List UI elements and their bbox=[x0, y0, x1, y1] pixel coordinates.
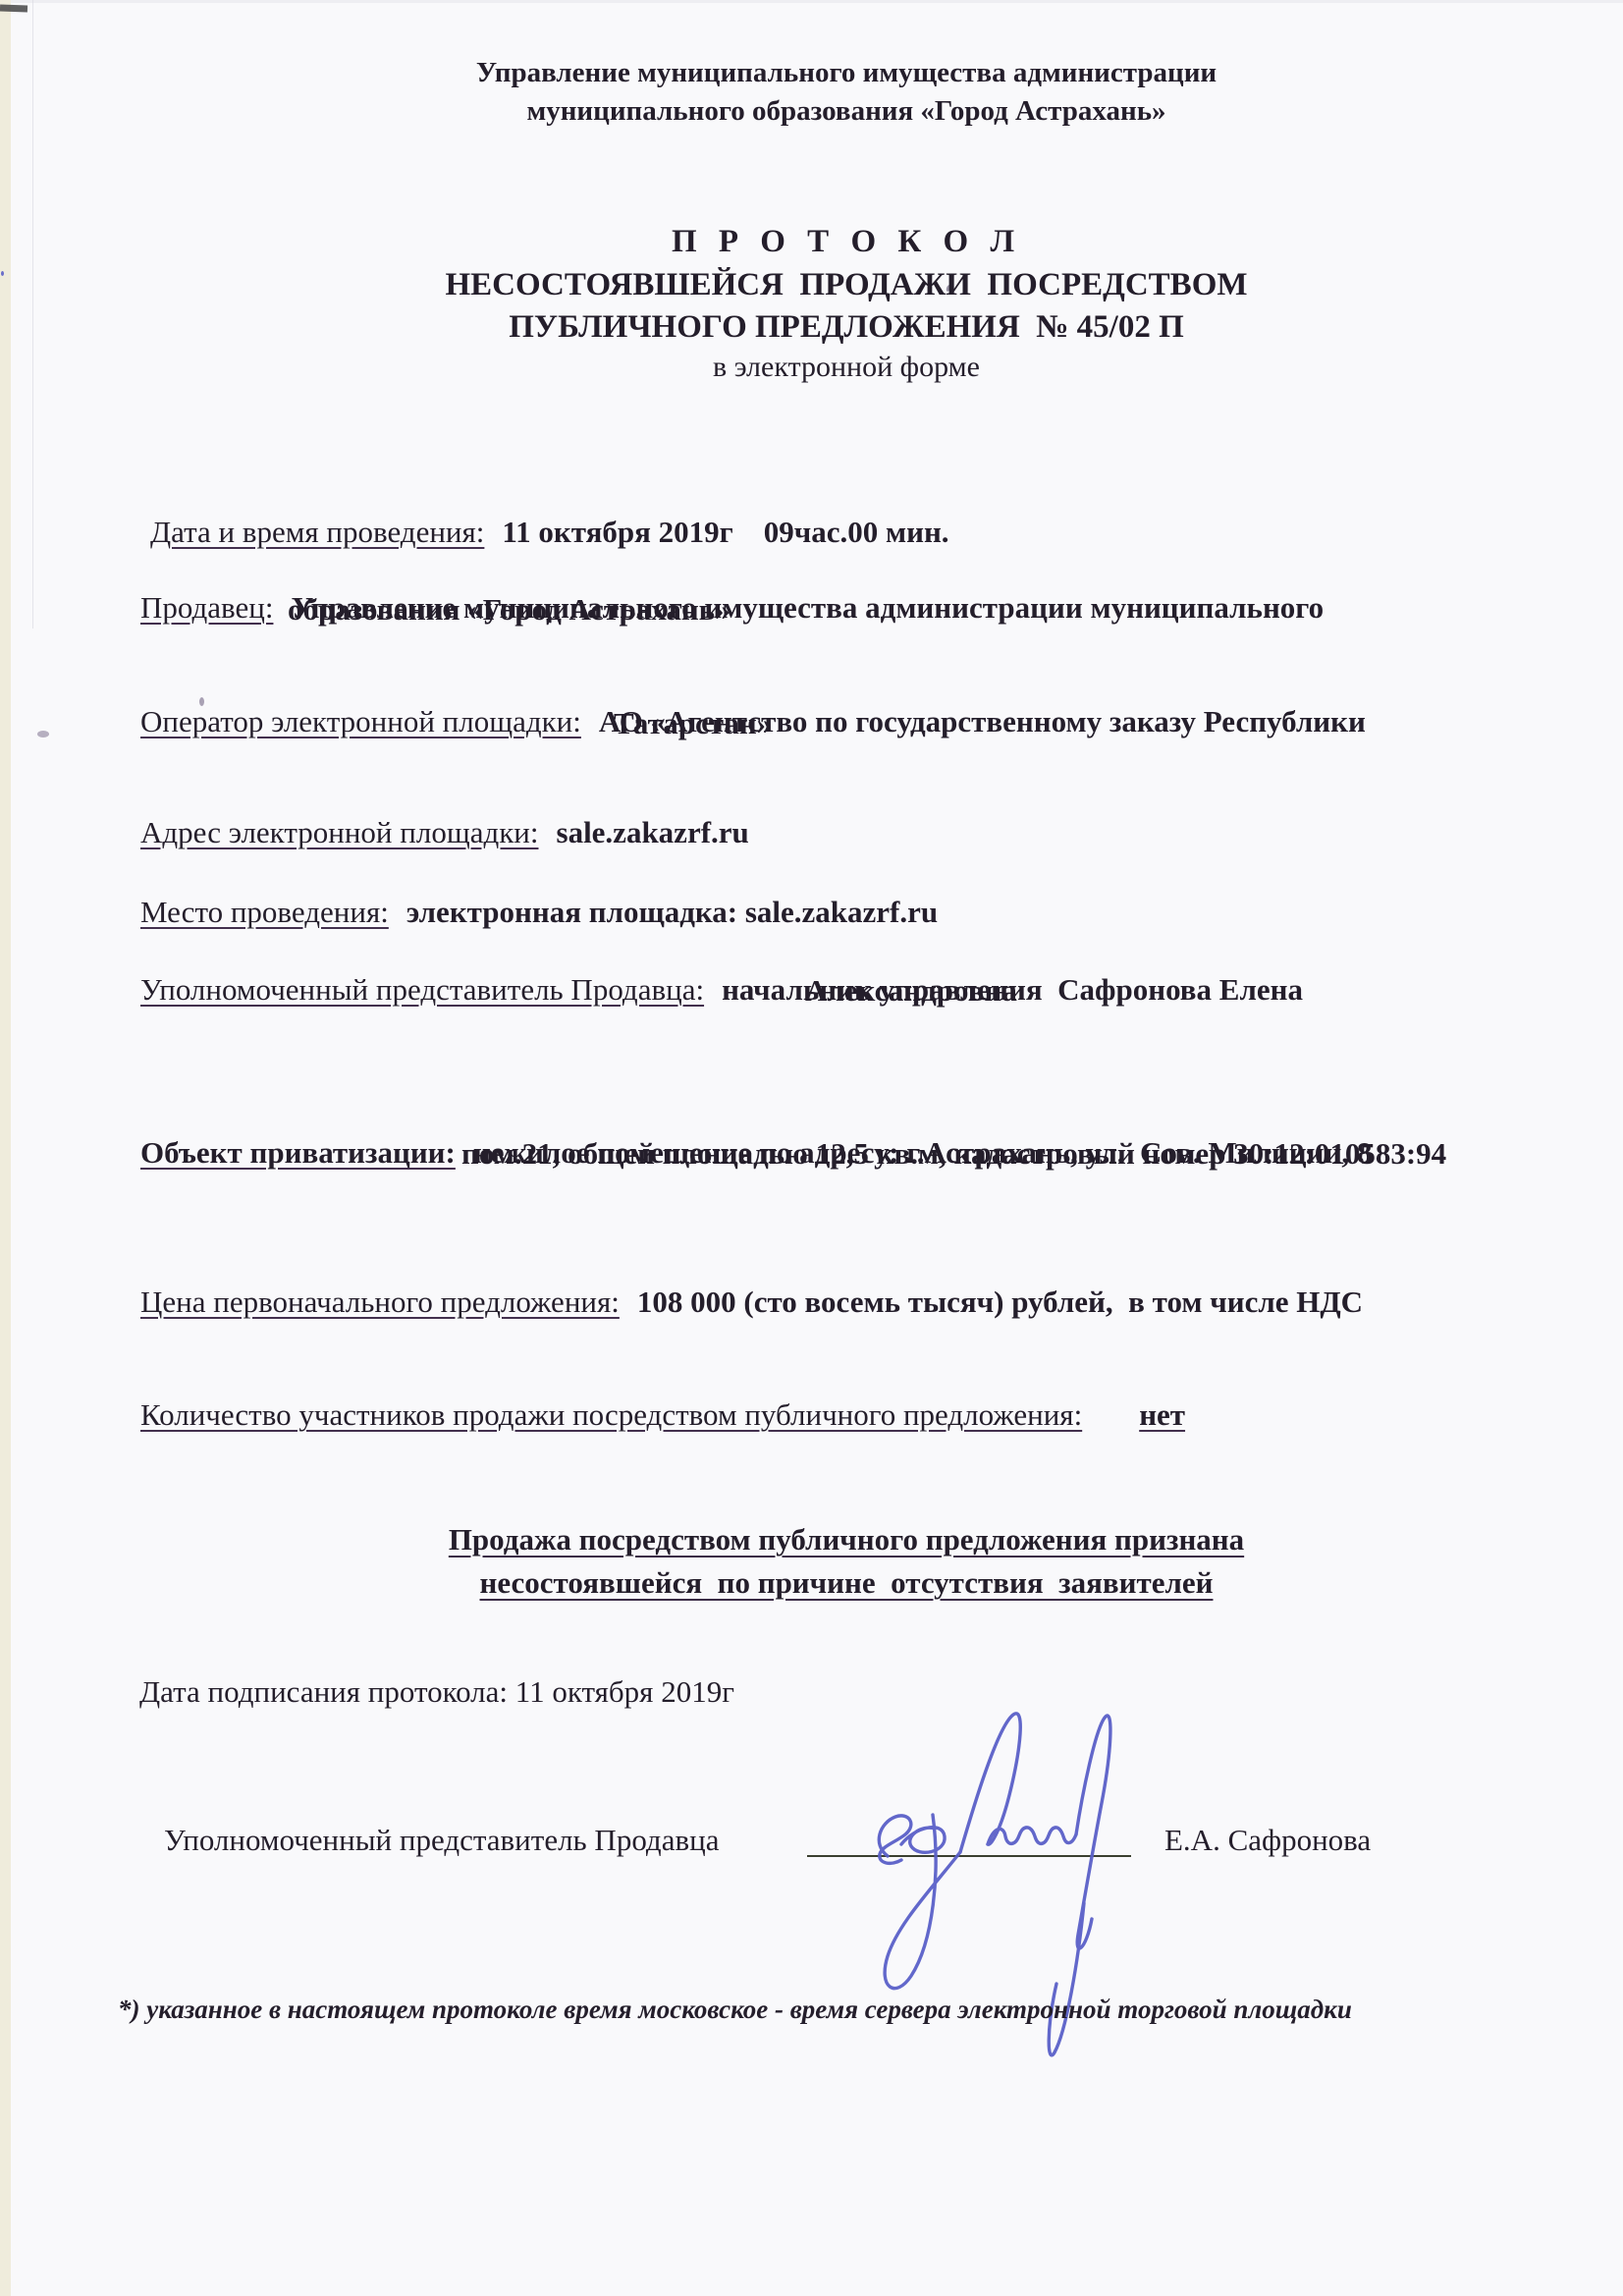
scan-edge-left bbox=[0, 0, 11, 2296]
field-venue-value: электронная площадка: sale.zakazrf.ru bbox=[389, 895, 938, 929]
doc-subtitle: в электронной форме bbox=[70, 351, 1623, 384]
field-seller-value2: образования «Город Астрахань» bbox=[288, 591, 730, 628]
field-participants-value: нет bbox=[1082, 1397, 1185, 1432]
field-price-label: Цена первоначального предложения: bbox=[140, 1285, 620, 1319]
field-datetime-value: 11 октября 2019г 09час.00 мин. bbox=[484, 515, 948, 549]
scan-edge-top bbox=[0, 0, 1623, 3]
field-representative-label: Уполномоченный представитель Продавца: bbox=[140, 972, 704, 1007]
footnote: *) указанное в настоящем протоколе время… bbox=[118, 1994, 1352, 2025]
org-name-line2: муниципального образования «Город Астрах… bbox=[70, 95, 1623, 128]
scanned-protocol-page: Управление муниципального имущества адми… bbox=[0, 0, 1623, 2296]
field-object-label: Объект приватизации: bbox=[140, 1135, 456, 1170]
signature-role-label: Уполномоченный представитель Продавца bbox=[164, 1822, 719, 1858]
field-datetime-label: Дата и время проведения: bbox=[150, 515, 484, 549]
field-venue-label: Место проведения: bbox=[140, 895, 389, 929]
scan-speck bbox=[37, 731, 49, 738]
field-participants: Количество участников продажи посредство… bbox=[110, 1360, 1185, 1470]
field-platform-address-label: Адрес электронной площадки: bbox=[140, 815, 539, 849]
field-representative: Уполномоченный представитель Продавца:на… bbox=[110, 935, 1303, 1045]
field-operator-value2: Татарстан» bbox=[614, 705, 772, 741]
field-platform-address-value: sale.zakazrf.ru bbox=[539, 815, 749, 849]
scan-corner-mark bbox=[0, 5, 27, 13]
field-price: Цена первоначального предложения:108 000… bbox=[110, 1247, 1363, 1357]
field-seller-label: Продавец: bbox=[140, 590, 273, 625]
doc-title-line2: НЕСОСТОЯВШЕЙСЯ ПРОДАЖИ ПОСРЕДСТВОМ bbox=[70, 267, 1623, 303]
signing-date: Дата подписания протокола: 11 октября 20… bbox=[139, 1673, 734, 1710]
statement-line2: несостоявшейся по причине отсутствия зая… bbox=[70, 1565, 1623, 1601]
field-participants-label: Количество участников продажи посредство… bbox=[140, 1397, 1082, 1432]
scan-vertical-line bbox=[32, 0, 33, 629]
field-representative-value2: Александровна bbox=[805, 972, 1017, 1009]
field-object-value2: пом.21, общей площадью 12,5 кв.м, кадаст… bbox=[461, 1135, 1446, 1172]
field-operator-label: Оператор электронной площадки: bbox=[140, 704, 581, 738]
field-price-value: 108 000 (сто восемь тысяч) рублей, в том… bbox=[620, 1285, 1363, 1319]
org-name-line1: Управление муниципального имущества адми… bbox=[70, 57, 1623, 89]
doc-title-line3: ПУБЛИЧНОГО ПРЕДЛОЖЕНИЯ № 45/02 П bbox=[70, 309, 1623, 346]
signature-name: Е.А. Сафронова bbox=[1164, 1822, 1371, 1858]
statement-line1: Продажа посредством публичного предложен… bbox=[70, 1522, 1623, 1558]
scan-speck bbox=[1, 271, 4, 276]
doc-title-protocol: П Р О Т О К О Л bbox=[70, 224, 1623, 260]
